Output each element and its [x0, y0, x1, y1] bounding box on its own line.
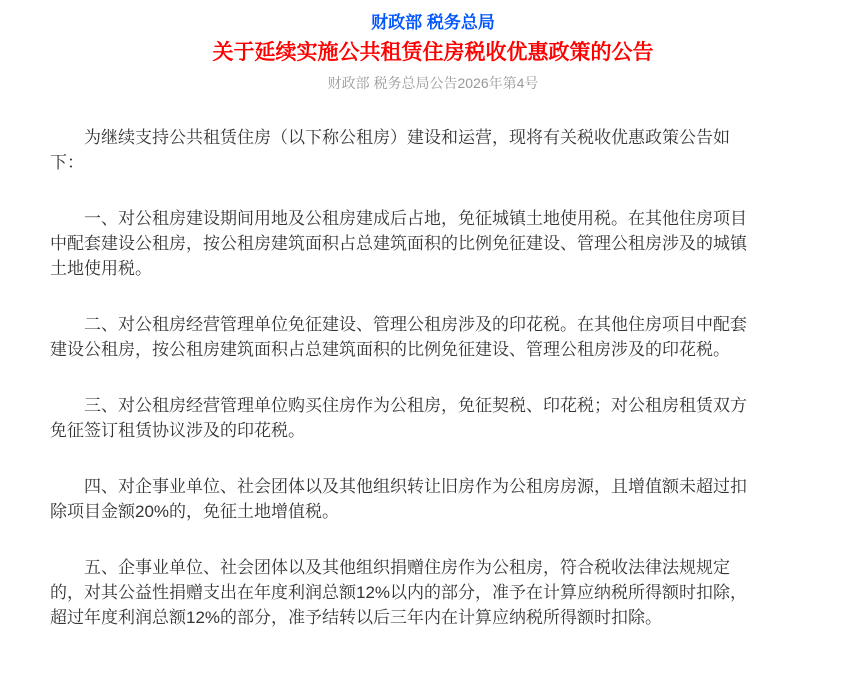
document-number: 财政部 税务总局公告2026年第4号 — [0, 73, 866, 93]
announcement-document: 财政部 税务总局 关于延续实施公共租赁住房税收优惠政策的公告 财政部 税务总局公… — [0, 0, 866, 694]
body-paragraph-item-5: 五、企事业单位、社会团体以及其他组织捐赠住房作为公租房，符合税收法律法规规定的，… — [50, 555, 756, 630]
body-paragraph-intro: 为继续支持公共租赁住房（以下称公租房）建设和运营，现将有关税收优惠政策公告如下： — [50, 125, 756, 175]
page-title: 关于延续实施公共租赁住房税收优惠政策的公告 — [0, 40, 866, 66]
issuer-line: 财政部 税务总局 — [0, 12, 866, 34]
body-paragraph-item-4: 四、对企事业单位、社会团体以及其他组织转让旧房作为公租房房源，且增值额未超过扣除… — [50, 474, 756, 524]
document-body: 为继续支持公共租赁住房（以下称公租房）建设和运营，现将有关税收优惠政策公告如下：… — [50, 125, 756, 630]
body-paragraph-item-2: 二、对公租房经营管理单位免征建设、管理公租房涉及的印花税。在其他住房项目中配套建… — [50, 312, 756, 362]
body-paragraph-item-1: 一、对公租房建设期间用地及公租房建成后占地，免征城镇土地使用税。在其他住房项目中… — [50, 206, 756, 281]
document-header: 财政部 税务总局 关于延续实施公共租赁住房税收优惠政策的公告 财政部 税务总局公… — [0, 0, 866, 93]
body-paragraph-item-3: 三、对公租房经营管理单位购买住房作为公租房，免征契税、印花税；对公租房租赁双方免… — [50, 393, 756, 443]
